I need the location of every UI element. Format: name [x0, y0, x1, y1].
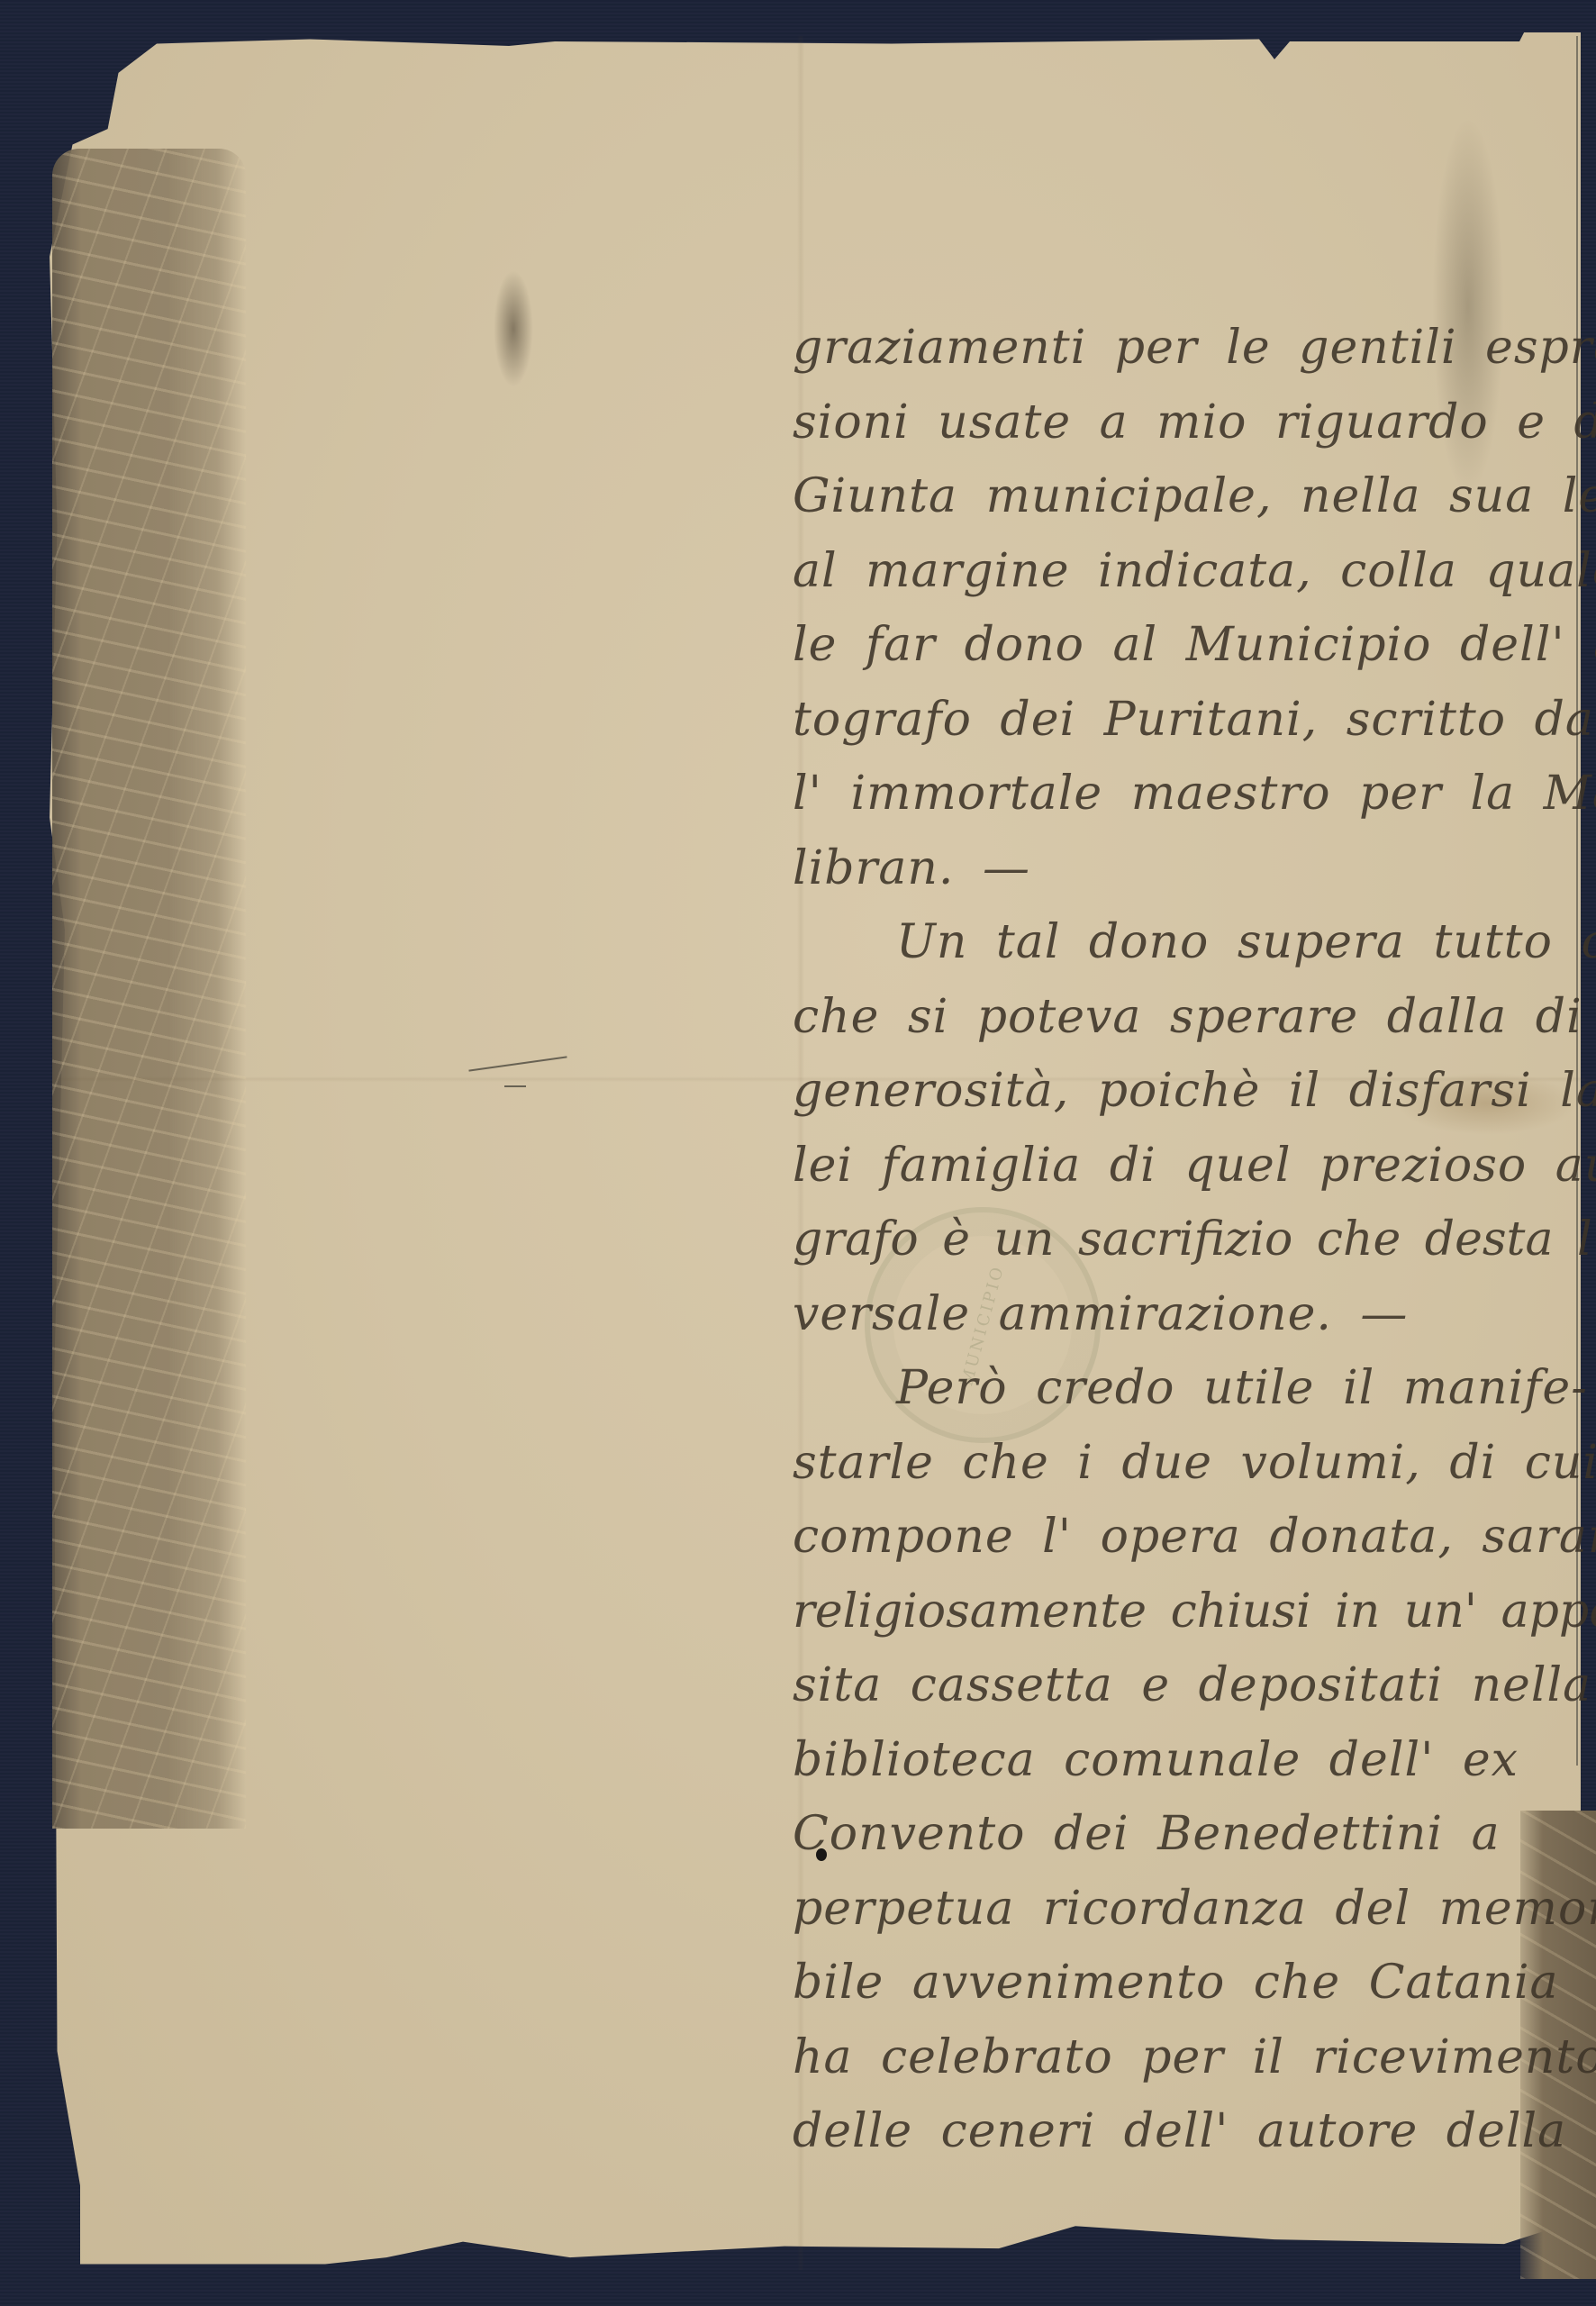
manuscript-line: Giunta municipale, nella sua lettera — [793, 459, 1585, 534]
manuscript-line: grafo è un sacrifizio che desta l' uni- — [793, 1203, 1585, 1277]
manuscript-line: Però credo utile il manife- — [793, 1351, 1585, 1426]
manuscript-line: perpetua ricordanza del memora- — [793, 1872, 1585, 1947]
manuscript-line: religiosamente chiusi in un' appo- — [793, 1575, 1585, 1649]
manuscript-line: sita cassetta e depositati nella — [793, 1648, 1585, 1723]
manuscript-line: l' immortale maestro per la Ma- — [793, 757, 1585, 831]
manuscript-line: lei famiglia di quel prezioso auto- — [793, 1129, 1585, 1203]
manuscript-line: che si poteva sperare dalla di lei — [793, 980, 1585, 1055]
manuscript-line: graziamenti per le gentili espres- — [793, 311, 1585, 386]
manuscript-line: compone l' opera donata, saranno — [793, 1500, 1585, 1575]
manuscript-line: sioni usate a mio riguardo e della — [793, 386, 1585, 460]
manuscript-line: tografo dei Puritani, scritto dal- — [793, 683, 1585, 758]
manuscript-line: starle che i due volumi, di cui si — [793, 1426, 1585, 1501]
manuscript-line: Convento dei Benedettini a — [793, 1797, 1585, 1872]
manuscript-line: bile avvenimento che Catania — [793, 1946, 1585, 2020]
paper-crack — [504, 1085, 526, 1087]
manuscript-line: generosità, poichè il disfarsi la di — [793, 1054, 1585, 1129]
manuscript-line: Un tal dono supera tutto ciò — [793, 905, 1585, 980]
manuscript-line: versale ammirazione. — — [793, 1277, 1585, 1352]
manuscript-line: biblioteca comunale dell' ex — [793, 1723, 1585, 1798]
manuscript-line: delle ceneri dell' autore della — [793, 2094, 1585, 2169]
manuscript-line: le far dono al Municipio dell' au- — [793, 608, 1585, 683]
manuscript-text-block: graziamenti per le gentili espres- sioni… — [793, 311, 1585, 2169]
manuscript-line: al margine indicata, colla quale vol- — [793, 534, 1585, 609]
ink-smudge — [494, 270, 533, 387]
repair-tape-left — [52, 149, 246, 1829]
manuscript-line: ha celebrato per il ricevimento — [793, 2020, 1585, 2095]
manuscript-line: libran. — — [793, 831, 1585, 906]
